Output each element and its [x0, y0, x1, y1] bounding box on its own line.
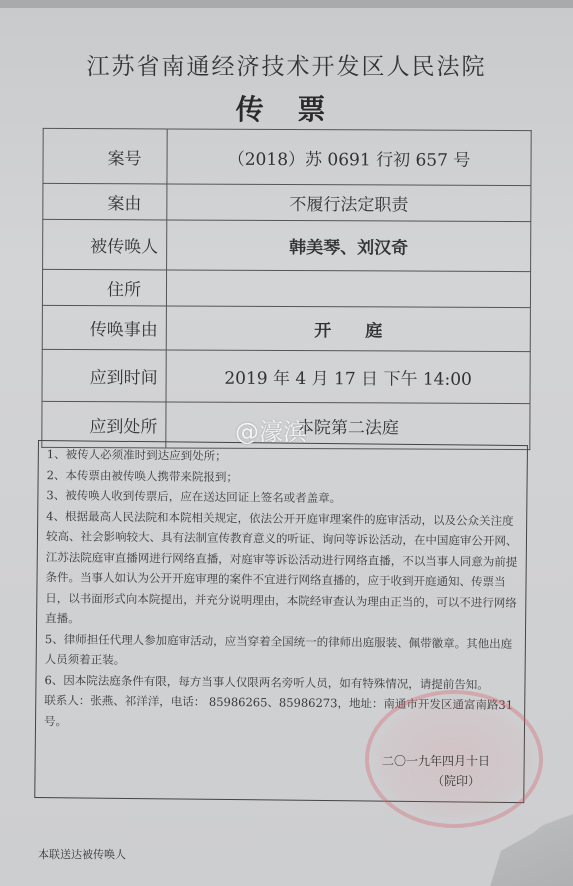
label-time: 应到时间 [42, 349, 166, 402]
value-summoned-persons: 韩美琴、刘汉奇 [167, 220, 531, 272]
row-reason: 传唤事由 开 庭 [42, 305, 530, 351]
value-address [166, 270, 530, 308]
label-cause: 案由 [43, 183, 167, 220]
row-time: 应到时间 2019 年 4 月 17 日 下午 14:00 [42, 349, 530, 403]
label-case-number: 案号 [43, 128, 167, 184]
seal-label: （院印） [432, 772, 480, 789]
label-summoned-persons: 被传唤人 [43, 219, 167, 270]
value-case-number: （2018）苏 0691 行初 657 号 [167, 129, 531, 186]
value-time: 2019 年 4 月 17 日 下午 14:00 [166, 350, 530, 404]
value-cause: 不履行法定职责 [167, 184, 531, 222]
footer-note: 本联送达被传唤人 [38, 846, 126, 862]
row-case-number: 案号 （2018）苏 0691 行初 657 号 [43, 128, 531, 185]
row-address: 住所 [42, 269, 530, 307]
photo-edge-shadow [0, 0, 573, 8]
label-address: 住所 [42, 269, 166, 306]
note-5: 5、律师担任代理人参加庭审活动，应当穿着全国统一的律师出庭服装、佩带徽章。其他出… [45, 629, 517, 675]
row-cause: 案由 不履行法定职责 [43, 183, 531, 221]
summons-table: 案号 （2018）苏 0691 行初 657 号 案由 不履行法定职责 被传唤人… [41, 128, 531, 450]
row-summoned-persons: 被传唤人 韩美琴、刘汉奇 [43, 219, 531, 271]
label-reason: 传唤事由 [42, 305, 166, 350]
court-name: 江苏省南通经济技术开发区人民法院 [0, 48, 573, 81]
watermark: @濠滨 [235, 412, 307, 447]
value-reason: 开 庭 [166, 306, 530, 352]
sign-date: 二〇一九年四月十日 [382, 752, 490, 769]
note-4: 4、根据最高人民法院和本院相关规定，依法公开开庭审理案件的庭审活动，以及公众关注… [45, 506, 518, 634]
document-title: 传 票 [0, 88, 573, 128]
